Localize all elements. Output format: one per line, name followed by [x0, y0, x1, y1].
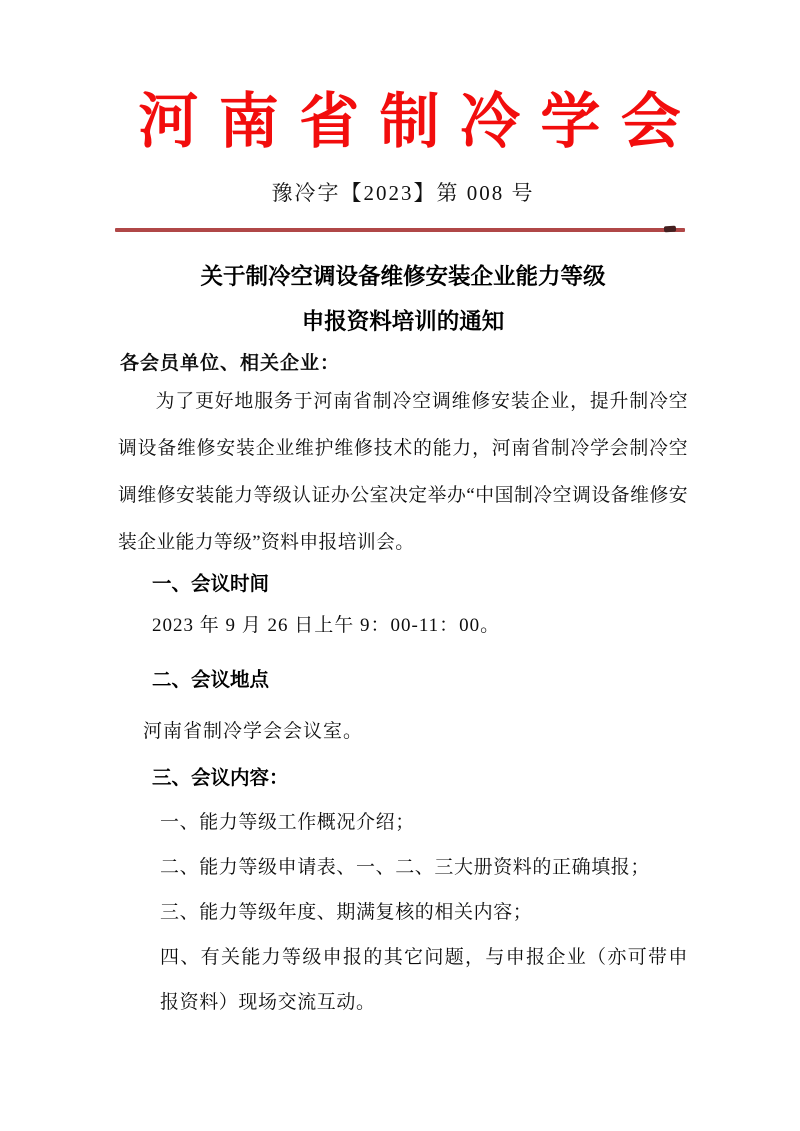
meeting-place-text: 河南省制冷学会会议室。: [143, 718, 688, 746]
list-item: 三、能力等级年度、期满复核的相关内容；: [160, 890, 688, 935]
meeting-time-text: 2023 年 9 月 26 日上午 9：00-11：00。: [152, 612, 688, 640]
list-item: 二、能力等级申请表、一、二、三大册资料的正确填报；: [160, 845, 688, 890]
section-heading-meeting-place: 二、会议地点: [152, 666, 688, 694]
letterhead-org-title: 河南省制冷学会: [118, 84, 688, 160]
document-number: 豫冷字【2023】第 008 号: [118, 180, 688, 206]
intro-paragraph: 为了更好地服务于河南省制冷空调维修安装企业，提升制冷空调设备维修安装企业维护维修…: [118, 378, 688, 566]
list-item: 一、能力等级工作概况介绍；: [160, 800, 688, 845]
letterhead-divider-rule: [115, 228, 685, 232]
meeting-content-list: 一、能力等级工作概况介绍； 二、能力等级申请表、一、二、三大册资料的正确填报； …: [160, 800, 688, 1025]
rule-end-mark: [664, 226, 676, 233]
section-heading-meeting-time: 一、会议时间: [152, 570, 688, 598]
document-page: 河南省制冷学会 豫冷字【2023】第 008 号 关于制冷空调设备维修安装企业能…: [0, 0, 800, 1131]
section-heading-meeting-content: 三、会议内容：: [152, 764, 688, 792]
document-title-line-2: 申报资料培训的通知: [118, 299, 688, 344]
document-title: 关于制冷空调设备维修安装企业能力等级 申报资料培训的通知: [118, 254, 688, 344]
list-item: 四、有关能力等级申报的其它问题，与申报企业（亦可带申报资料）现场交流互动。: [160, 935, 688, 1025]
salutation: 各会员单位、相关企业：: [120, 350, 688, 378]
document-title-line-1: 关于制冷空调设备维修安装企业能力等级: [118, 254, 688, 299]
